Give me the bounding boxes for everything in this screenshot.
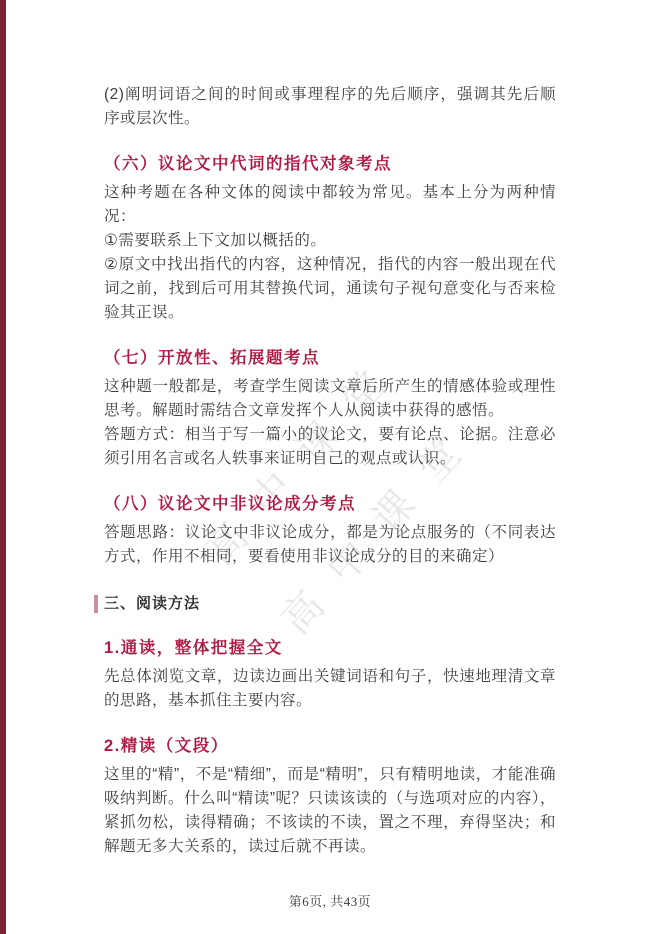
page-edge-strip <box>0 0 6 934</box>
paragraph-section-7: 这种题一般都是，考查学生阅读文章后所产生的情感体验或理性思考。解题时需结合文章发… <box>104 375 556 471</box>
paragraph-intro: (2)阐明词语之间的时间或事理程序的先后顺序，强调其先后顺序或层次性。 <box>104 83 556 131</box>
heading-method-2: 2.精读（文段） <box>104 735 556 757</box>
page-number: 第6页, 共43页 <box>0 891 660 910</box>
paragraph-method-1: 先总体浏览文章，边读边画出关键词语和句子，快速地理清文章的思路，基本抓住主要内容… <box>104 665 556 713</box>
section-bar-icon <box>94 595 98 613</box>
page-content: (2)阐明词语之间的时间或事理程序的先后顺序，强调其先后顺序或层次性。 （六）议… <box>104 83 556 859</box>
section-title-text: 三、阅读方法 <box>104 593 200 615</box>
paragraph-method-2: 这里的“精”，不是“精细”，而是“精明”，只有精明地读，才能准确吸纳判断。什么叫… <box>104 763 556 859</box>
section-title-reading-methods: 三、阅读方法 <box>94 593 556 615</box>
heading-section-7: （七）开放性、拓展题考点 <box>104 347 556 369</box>
document-page: 高中课堂 高中课堂 (2)阐明词语之间的时间或事理程序的先后顺序，强调其先后顺序… <box>0 0 660 934</box>
heading-section-8: （八）议论文中非议论成分考点 <box>104 493 556 515</box>
heading-section-6: （六）议论文中代词的指代对象考点 <box>104 153 556 175</box>
paragraph-section-6: 这种考题在各种文体的阅读中都较为常见。基本上分为两种情况： ①需要联系上下文加以… <box>104 181 556 325</box>
paragraph-section-8: 答题思路：议论文中非议论成分，都是为论点服务的（不同表达方式，作用不相同，要看使… <box>104 521 556 569</box>
heading-method-1: 1.通读，整体把握全文 <box>104 637 556 659</box>
